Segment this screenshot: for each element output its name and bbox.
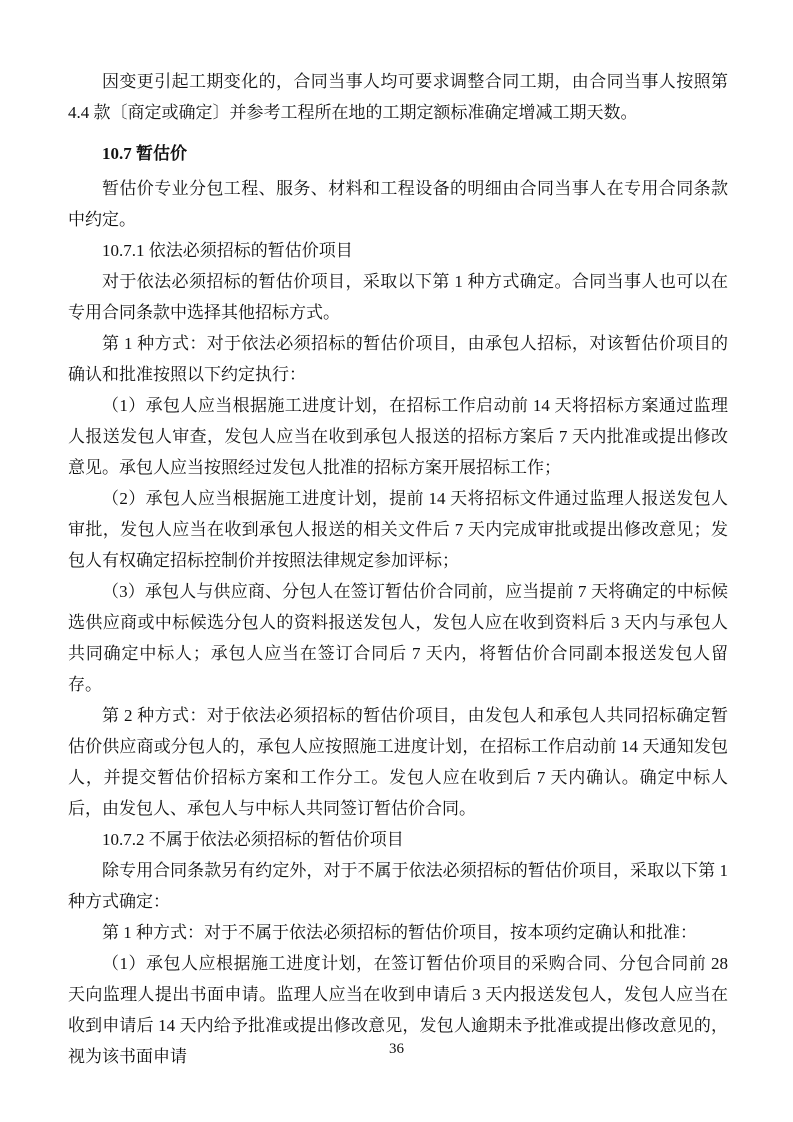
page-number: 36: [0, 1041, 793, 1058]
paragraph-10-7-2-method-1-intro: 第 1 种方式：对于不属于依法必须招标的暂估价项目，按本项约定确认和批准：: [68, 917, 728, 948]
paragraph-10-7-2-intro: 除专用合同条款另有约定外，对于不属于依法必须招标的暂估价项目，采取以下第 1 种…: [68, 855, 728, 917]
paragraph-provisional-sum-details: 暂估价专业分包工程、服务、材料和工程设备的明细由合同当事人在专用合同条款中约定。: [68, 173, 728, 235]
paragraph-method-2: 第 2 种方式：对于依法必须招标的暂估价项目，由发包人和承包人共同招标确定暂估价…: [68, 700, 728, 824]
heading-10-7-1: 10.7.1 依法必须招标的暂估价项目: [68, 235, 728, 266]
heading-10-7-2: 10.7.2 不属于依法必须招标的暂估价项目: [68, 824, 728, 855]
document-content: 因变更引起工期变化的，合同当事人均可要求调整合同工期，由合同当事人按照第 4.4…: [68, 66, 728, 1072]
document-page: 因变更引起工期变化的，合同当事人均可要求调整合同工期，由合同当事人按照第 4.4…: [0, 0, 793, 1122]
paragraph-schedule-adjustment: 因变更引起工期变化的，合同当事人均可要求调整合同工期，由合同当事人按照第 4.4…: [68, 66, 728, 128]
paragraph-10-7-1-intro: 对于依法必须招标的暂估价项目，采取以下第 1 种方式确定。合同当事人也可以在专用…: [68, 266, 728, 328]
paragraph-method-1-item-3: （3）承包人与供应商、分包人在签订暂估价合同前，应当提前 7 天将确定的中标候选…: [68, 576, 728, 700]
paragraph-method-1-item-2: （2）承包人应当根据施工进度计划，提前 14 天将招标文件通过监理人报送发包人审…: [68, 483, 728, 576]
paragraph-method-1-intro: 第 1 种方式：对于依法必须招标的暂估价项目，由承包人招标，对该暂估价项目的确认…: [68, 328, 728, 390]
paragraph-method-1-item-1: （1）承包人应当根据施工进度计划，在招标工作启动前 14 天将招标方案通过监理人…: [68, 390, 728, 483]
heading-10-7-provisional-sum: 10.7 暂估价: [68, 138, 728, 169]
